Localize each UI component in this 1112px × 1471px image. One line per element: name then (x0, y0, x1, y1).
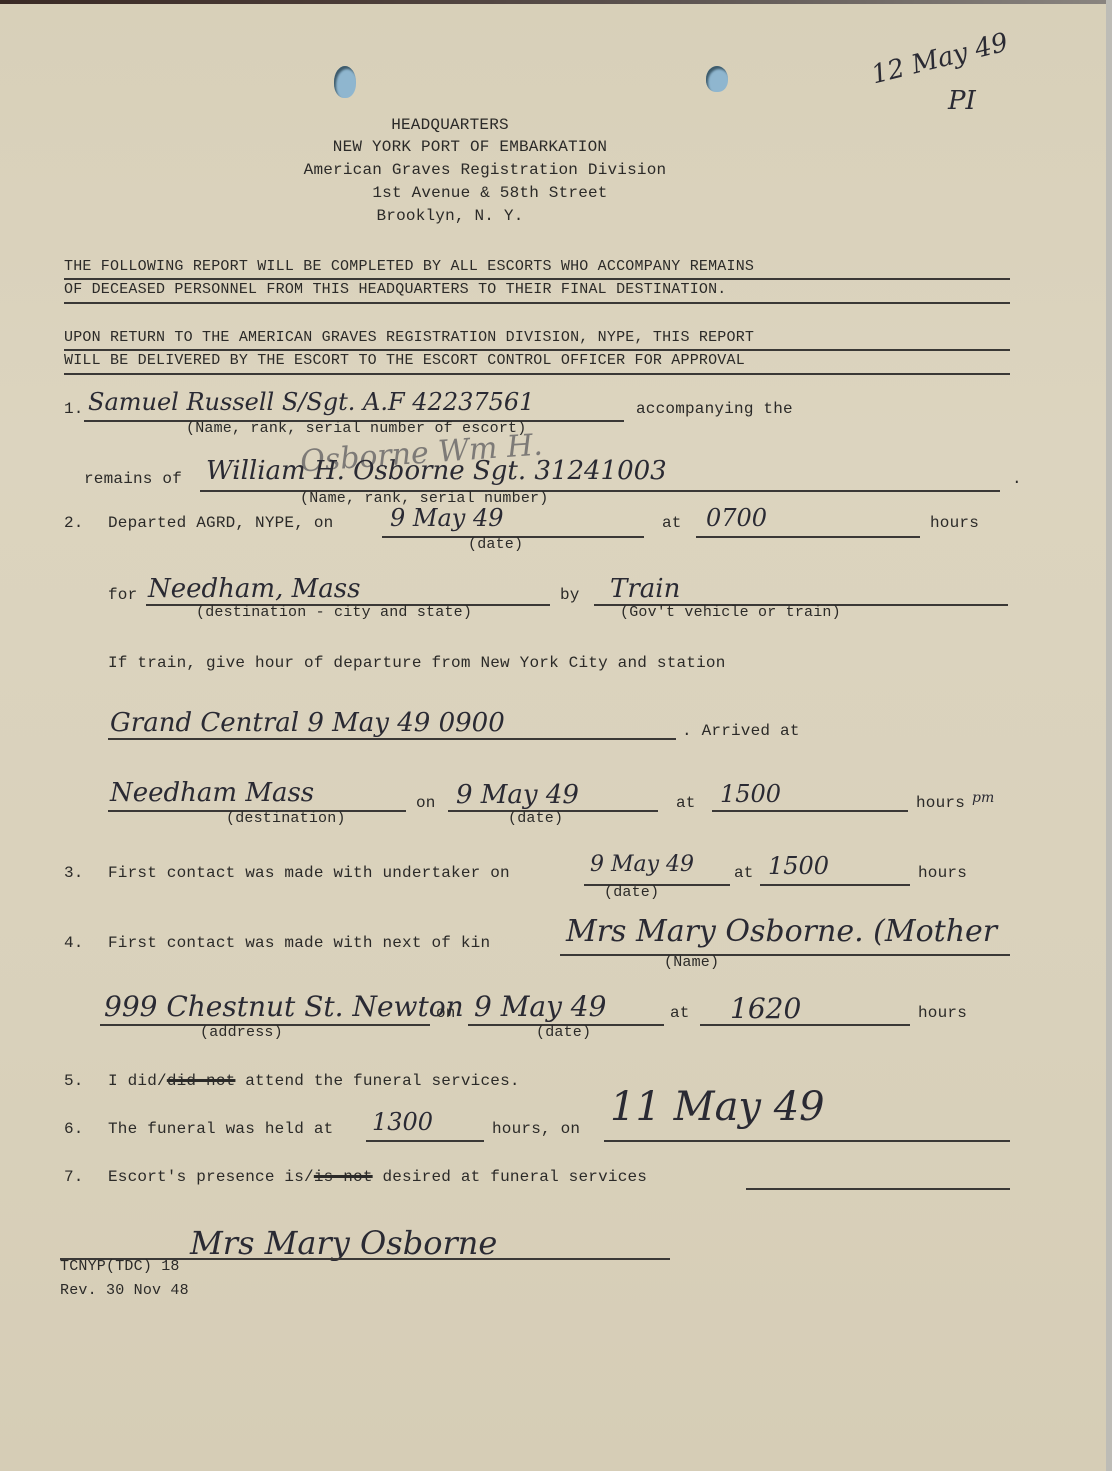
next-of-kin-field[interactable]: Mrs Mary Osborne. (Mother (566, 914, 997, 949)
item7-text: Escort's presence is/is not desired at f… (108, 1168, 647, 1186)
destination-caption: (destination - city and state) (196, 604, 472, 621)
next-of-kin-caption: (Name) (664, 954, 719, 971)
arrival-date-caption: (date) (508, 810, 563, 827)
arrival-hours-label: hours (916, 794, 965, 812)
rule (64, 302, 1010, 304)
annotation-initials: PI (948, 86, 976, 116)
item1-after-label: accompanying the (636, 400, 793, 418)
scan-right-edge (1106, 0, 1112, 1471)
attend-option-did: I did/ (108, 1072, 167, 1090)
punch-hole-left (334, 66, 356, 98)
item3-number: 3. (64, 864, 84, 882)
item2-number: 2. (64, 514, 84, 532)
presence-suffix: desired at funeral services (373, 1168, 647, 1186)
address-caption: (address) (200, 1024, 283, 1041)
funeral-date-line (604, 1140, 1010, 1142)
header-line-2: NEW YORK PORT OF EMBARKATION (0, 138, 940, 156)
item7-number: 7. (64, 1168, 84, 1186)
item5-number: 5. (64, 1072, 84, 1090)
arrival-time-field[interactable]: 1500 (720, 780, 781, 808)
train-departure-line (108, 738, 676, 740)
document-page: 12 May 49 PI HEADQUARTERS NEW YORK PORT … (0, 4, 1106, 1471)
arrival-at-label: at (676, 794, 696, 812)
departure-hours-label: hours (930, 514, 979, 532)
arrival-on-label: on (416, 794, 436, 812)
rule (64, 278, 1010, 280)
undertaker-date-caption: (date) (604, 884, 659, 901)
undertaker-hours-label: hours (918, 864, 967, 882)
item3-label: First contact was made with undertaker o… (108, 864, 510, 882)
kin-time-line (700, 1024, 910, 1026)
remains-label: remains of (84, 470, 182, 488)
presence-line (746, 1188, 1010, 1190)
header-line-4: 1st Avenue & 58th Street (0, 184, 980, 202)
attend-suffix: attend the funeral services. (235, 1072, 519, 1090)
presence-option-is-not-struck: is not (314, 1168, 373, 1186)
departure-time-field[interactable]: 0700 (706, 504, 767, 532)
kin-time-field[interactable]: 1620 (730, 992, 801, 1025)
punch-hole-right (706, 66, 728, 92)
transport-caption: (Gov't vehicle or train) (620, 604, 841, 621)
arrival-destination-field[interactable]: Needham Mass (110, 778, 314, 808)
funeral-date-field[interactable]: 11 May 49 (610, 1084, 825, 1130)
destination-field[interactable]: Needham, Mass (148, 574, 360, 604)
form-id: TCNYP(TDC) 18 (60, 1258, 180, 1275)
item2-label: Departed AGRD, NYPE, on (108, 514, 333, 532)
item4-label: First contact was made with next of kin (108, 934, 490, 952)
kin-hours-label: hours (918, 1004, 967, 1022)
annotation-date: 12 May 49 (868, 28, 1011, 91)
transport-field[interactable]: Train (610, 574, 680, 604)
kin-on-label: on (436, 1004, 456, 1022)
next-of-kin-line (560, 954, 1010, 956)
header-line-5: Brooklyn, N. Y. (0, 207, 900, 225)
form-revision: Rev. 30 Nov 48 (60, 1282, 189, 1299)
arrival-note: pm (972, 790, 994, 806)
item5-text: I did/did not attend the funeral service… (108, 1072, 520, 1090)
train-departure-field[interactable]: Grand Central 9 May 49 0900 (110, 708, 505, 738)
for-label: for (108, 586, 137, 604)
arrival-destination-caption: (destination) (226, 810, 346, 827)
arrival-date-field[interactable]: 9 May 49 (456, 780, 579, 810)
rule (64, 349, 1010, 351)
kin-at-label: at (670, 1004, 690, 1022)
item4-number: 4. (64, 934, 84, 952)
instructions-para1-line1: THE FOLLOWING REPORT WILL BE COMPLETED B… (64, 258, 754, 275)
undertaker-at-label: at (734, 864, 754, 882)
item6-number: 6. (64, 1120, 84, 1138)
escort-field[interactable]: Samuel Russell S/Sgt. A.F 42237561 (88, 388, 534, 416)
arrival-time-line (712, 810, 908, 812)
signature-field[interactable]: Mrs Mary Osborne (190, 1224, 497, 1262)
departure-time-line (696, 536, 920, 538)
undertaker-time-line (760, 884, 910, 886)
instructions-para2-line1: UPON RETURN TO THE AMERICAN GRAVES REGIS… (64, 329, 754, 346)
remains-period: . (1012, 470, 1022, 488)
funeral-hours-label: hours, on (492, 1120, 580, 1138)
rule (64, 373, 1010, 375)
train-prompt: If train, give hour of departure from Ne… (108, 654, 726, 672)
item1-number: 1. (64, 400, 84, 418)
departure-date-caption: (date) (468, 536, 523, 553)
kin-date-caption: (date) (536, 1024, 591, 1041)
instructions-para2-line2: WILL BE DELIVERED BY THE ESCORT TO THE E… (64, 352, 745, 369)
presence-option-is: Escort's presence is/ (108, 1168, 314, 1186)
funeral-time-field[interactable]: 1300 (372, 1108, 433, 1136)
undertaker-date-field[interactable]: 9 May 49 (590, 852, 694, 877)
header-line-1: HEADQUARTERS (0, 116, 900, 134)
item6-label: The funeral was held at (108, 1120, 333, 1138)
funeral-time-line (366, 1140, 484, 1142)
remains-field[interactable]: William H. Osborne Sgt. 31241003 (206, 456, 667, 486)
by-label: by (560, 586, 580, 604)
departure-date-field[interactable]: 9 May 49 (390, 504, 504, 532)
attend-option-did-not-struck: did not (167, 1072, 236, 1090)
undertaker-time-field[interactable]: 1500 (768, 852, 829, 880)
address-field[interactable]: 999 Chestnut St. Newton (104, 990, 464, 1023)
instructions-para1-line2: OF DECEASED PERSONNEL FROM THIS HEADQUAR… (64, 281, 727, 298)
departure-at-label: at (662, 514, 682, 532)
header-line-3: American Graves Registration Division (0, 161, 970, 179)
arrived-label: . Arrived at (682, 722, 800, 740)
kin-date-field[interactable]: 9 May 49 (474, 990, 606, 1023)
